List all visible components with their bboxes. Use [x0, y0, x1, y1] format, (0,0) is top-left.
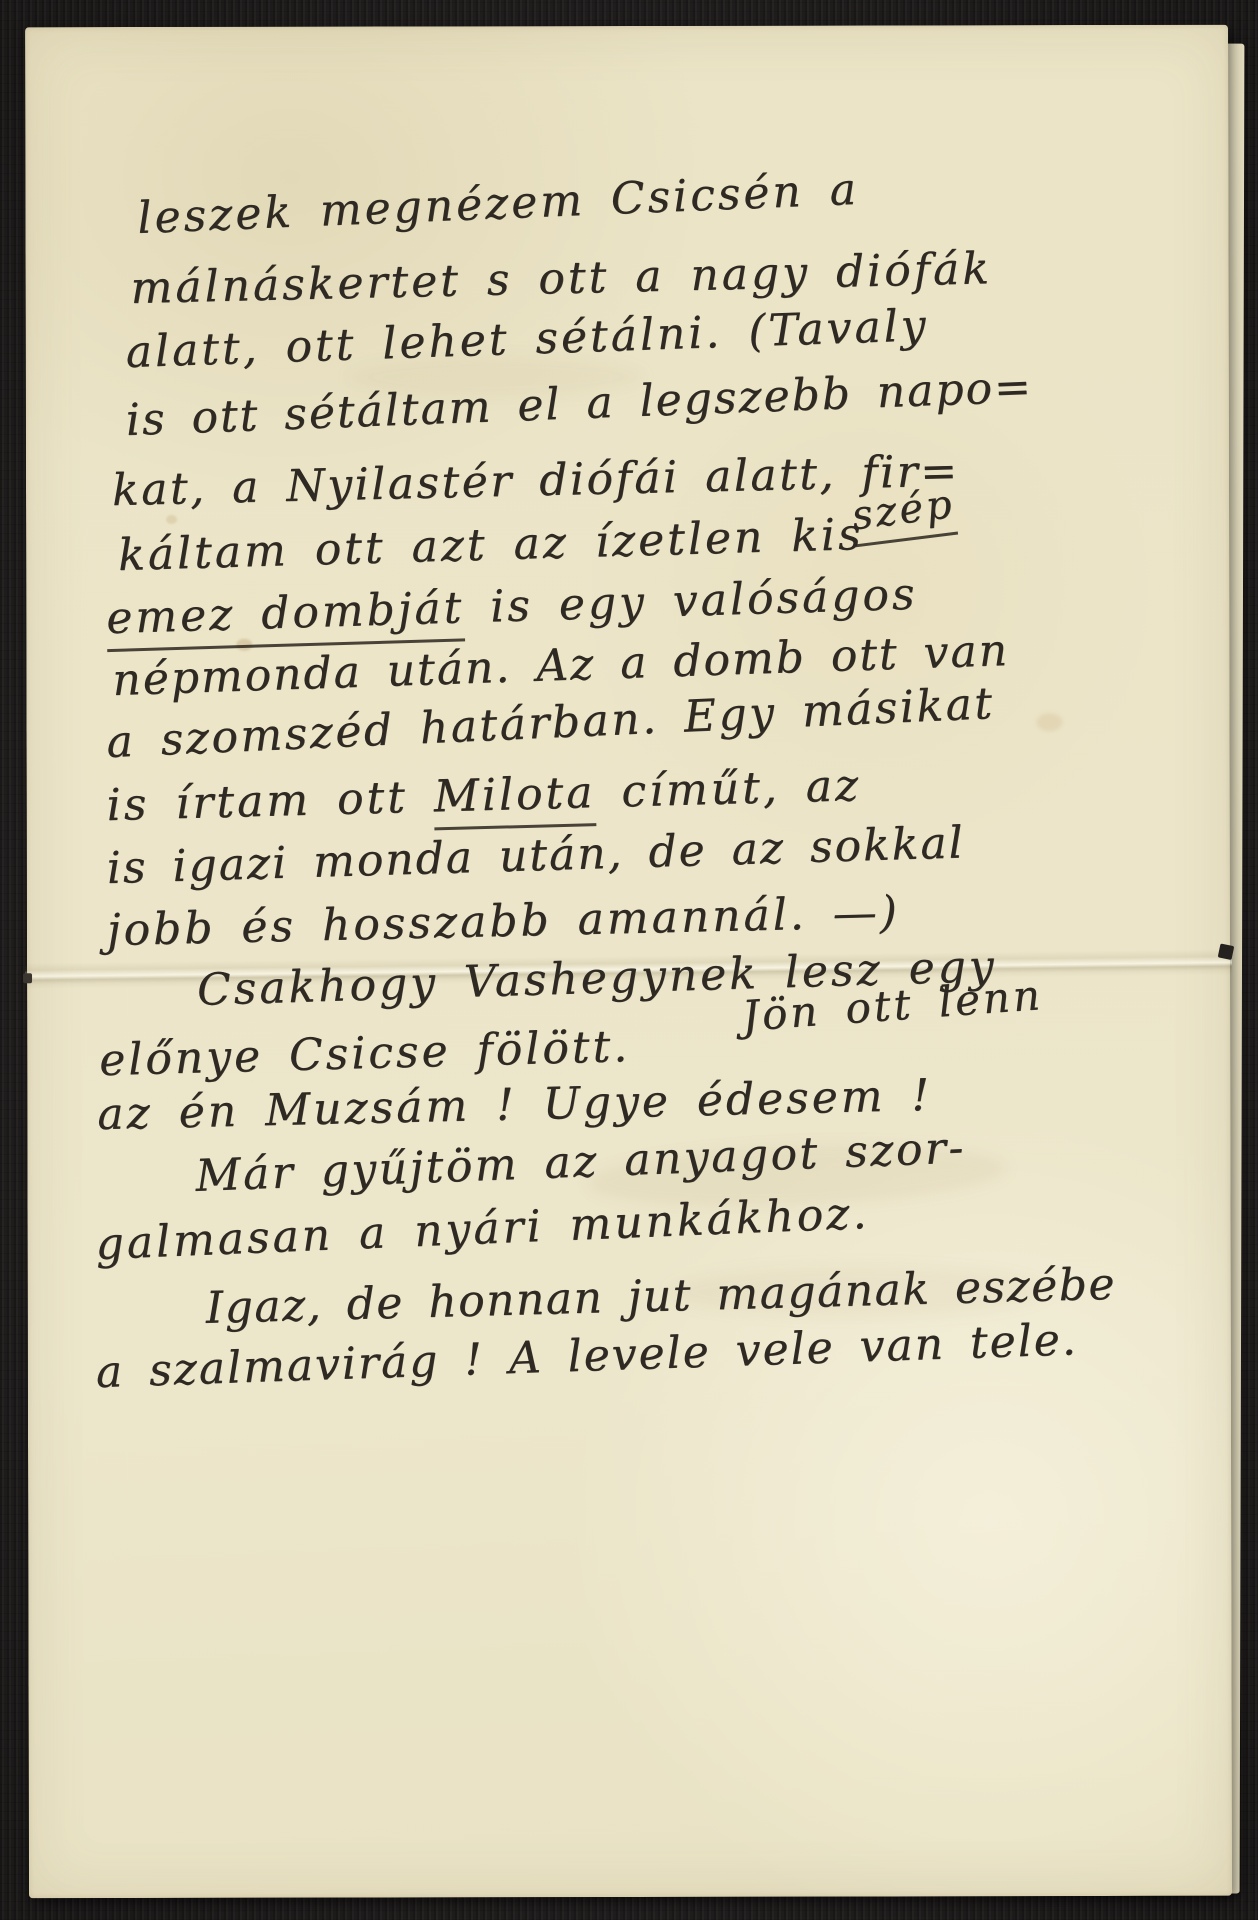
handwriting-text: is ott sétáltam el a legszebb napo= [125, 361, 1034, 446]
handwriting-text: is egy valóságos [463, 569, 918, 634]
handwriting-text: előnye Csicse fölött. [99, 1021, 631, 1086]
handwriting-text: jobb és hosszabb amannál. —) [106, 887, 900, 956]
underlined-word: Milota [433, 767, 596, 830]
handwriting-line-11: is igazi monda után, de az sokkal [106, 817, 965, 894]
handwriting-line-5: kat, a Nyilastér diófái alatt, fir= [111, 446, 960, 517]
underlined-word: szép [849, 481, 958, 547]
handwriting-text: is igazi monda után, de az sokkal [106, 817, 965, 894]
handwriting-text: alatt, ott lehet sétálni. (Tavaly [125, 300, 929, 378]
handwriting-text: címűt, az [595, 760, 862, 818]
handwriting-text: leszek megnézem Csicsén a [136, 164, 859, 244]
handwriting-text: káltam ott azt az ízetlen kis [117, 509, 864, 581]
handwriting-line-10: is írtam ott Milota címűt, az [106, 760, 862, 831]
handwriting-line-1: leszek megnézem Csicsén a [136, 164, 859, 244]
handwriting-line-6: káltam ott azt az ízetlen kis [117, 509, 864, 581]
photo-background: leszek megnézem Csicsén amálnáskertet s … [0, 0, 1258, 1920]
underlined-word: emez dombját [106, 582, 466, 652]
letter-page: leszek megnézem Csicsén amálnáskertet s … [25, 25, 1232, 1899]
handwriting-text: is írtam ott [106, 771, 434, 831]
handwriting-line-3: alatt, ott lehet sétálni. (Tavaly [125, 300, 929, 378]
handwriting-layer: leszek megnézem Csicsén amálnáskertet s … [25, 25, 1232, 1899]
handwriting-text: kat, a Nyilastér diófái alatt, fir= [111, 446, 960, 517]
handwriting-line-14: előnye Csicse fölött. [99, 1021, 631, 1086]
handwriting-line-4: is ott sétáltam el a legszebb napo= [125, 361, 1034, 446]
handwriting-line-12: jobb és hosszabb amannál. —) [106, 887, 900, 956]
